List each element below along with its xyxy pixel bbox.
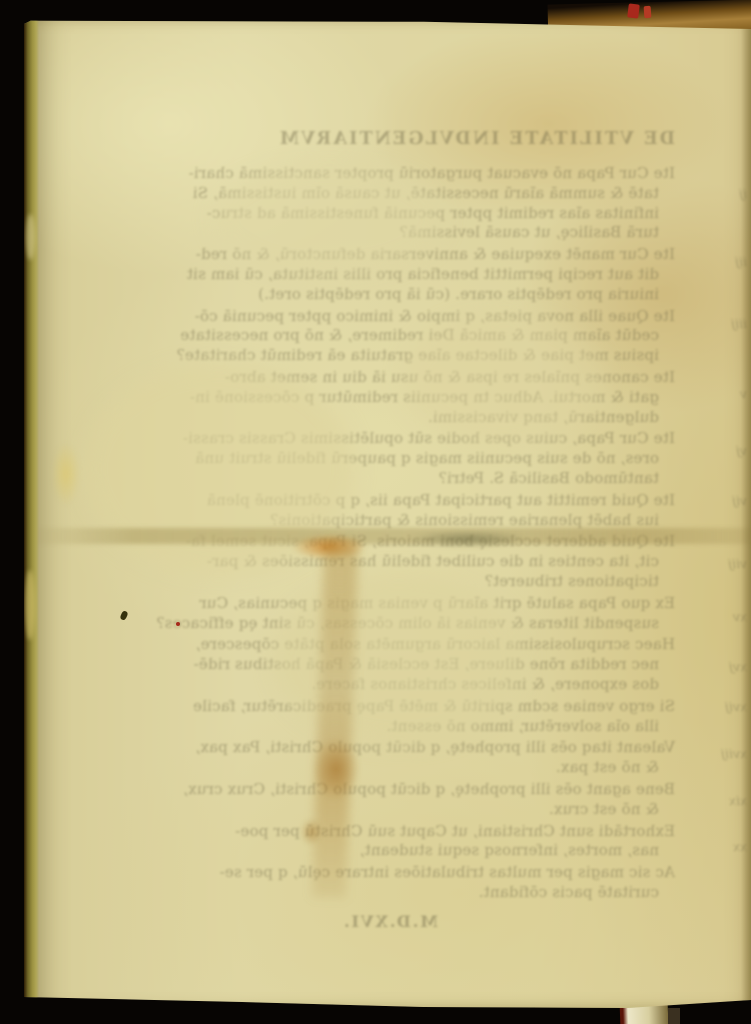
bleedthrough-line: Ite Quae illa nova pietas, q impio & ini… [105,307,675,327]
bleedthrough-line: & nō est pax. [105,758,675,778]
wax-spot [52,442,80,506]
paper-wash [404,314,604,444]
bleedthrough-line: dit aut recipi permittit beneficia pro i… [105,265,675,285]
bleedthrough-line: nas, mortes, infernosq sequi studeant, [105,841,675,861]
fore-edge-strip [24,14,39,1014]
bleedthrough-line: cedūt aīam piam & amicā Dei redimere, & … [105,326,675,346]
book-page-verso: DE VTILITATE INDVLGENTIARVM Ite Cur Papa… [24,14,751,1014]
bleedthrough-line: curitatē pacis cōfidant. [105,883,675,903]
bleedthrough-line: Ac sic magis per multas tribulatiōes int… [105,863,675,883]
under-leaf-edge-shadow [668,1008,680,1024]
bleedthrough-line: & nō est crux. [105,800,675,820]
red-speck [176,622,180,626]
edge-highlight [26,214,35,260]
bleedthrough-line: Exhortādi sunt Christiani, ut Caput suū … [105,822,675,842]
bleedthrough-date: M.D.XVI. [105,912,675,932]
red-edge-mark [627,3,640,18]
gutter-shadow [741,14,751,1014]
fold-stain-band [24,528,751,544]
bleedthrough-line: Bene agant oēs illi prophetę, q dicūt po… [105,780,675,800]
stain-blob [300,818,322,846]
dark-smudge [410,530,526,548]
paper-wash [274,574,524,744]
edge-highlight [25,570,35,640]
red-edge-mark [644,6,652,18]
paper-wash [214,164,444,274]
book-scan-photo: DE VTILITATE INDVLGENTIARVM Ite Cur Papa… [0,0,751,1024]
stain-blob [312,738,360,800]
bleedthrough-heading: DE VTILITATE INDVLGENTIARVM [105,126,675,152]
bleedthrough-line: iniuria pro redēptis orare. (cū iā pro r… [105,285,675,305]
